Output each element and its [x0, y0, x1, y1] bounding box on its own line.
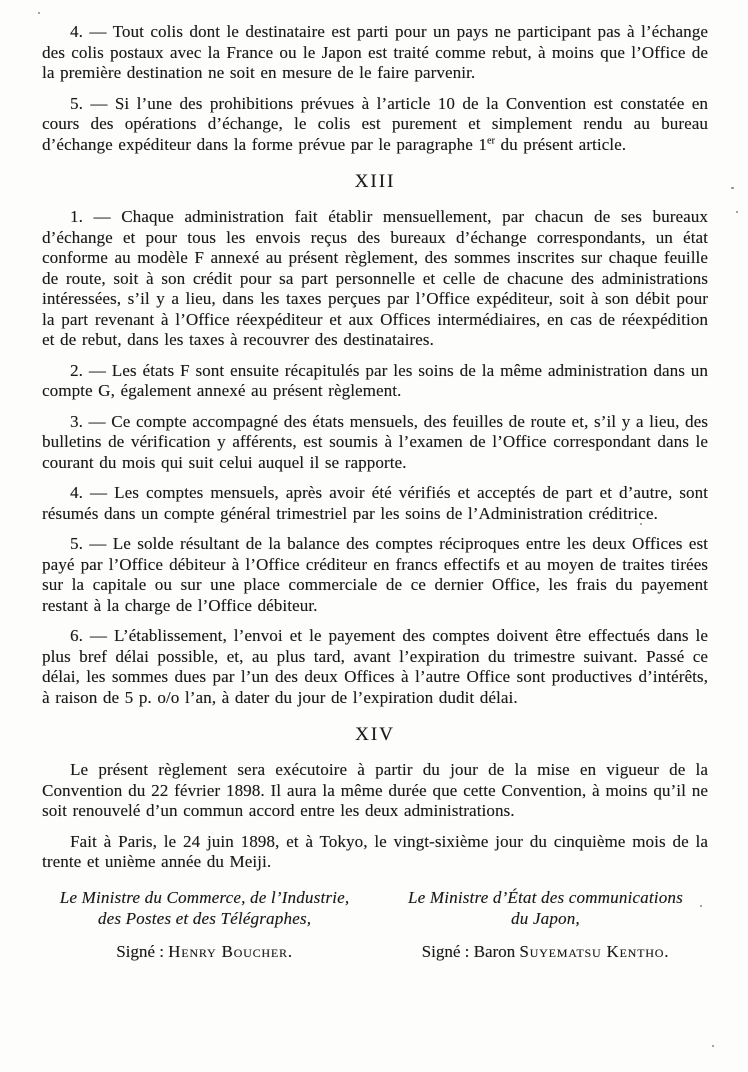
signature-right-title: Le Ministre d’État des communications du…	[385, 887, 706, 929]
signature-left-title: Le Ministre du Commerce, de l’Industrie,…	[44, 887, 365, 929]
scan-speck	[712, 1045, 714, 1047]
signature-right-title-line1: Le Ministre d’État des communications	[385, 887, 706, 908]
paragraph-14-1: Le présent règlement sera exécutoire à p…	[42, 760, 708, 822]
document-content: 4. — Tout colis dont le destinataire est…	[0, 0, 748, 962]
scan-speck	[731, 187, 734, 189]
signature-left-signed: Signé : Henry Boucher.	[44, 942, 365, 962]
signature-left-signed-label: Signé :	[116, 942, 164, 961]
paragraph-13-5: 5. — Le solde résultant de la balance de…	[42, 534, 708, 616]
paragraph-13-4: 4. — Les comptes mensuels, après avoir é…	[42, 483, 708, 524]
paragraph-art12-5-end: du présent article.	[495, 135, 626, 154]
paragraph-13-6: 6. — L’établissement, l’envoi et le paye…	[42, 626, 708, 708]
section-heading-xiv: XIV	[42, 724, 708, 746]
scan-speck	[640, 523, 642, 525]
paragraph-art12-5: 5. — Si l’une des prohibitions prévues à…	[42, 94, 708, 156]
signature-right: Le Ministre d’État des communications du…	[385, 887, 706, 962]
paragraph-13-1: 1. — Chaque administration fait établir …	[42, 207, 708, 351]
signature-left-title-line1: Le Ministre du Commerce, de l’Industrie,	[44, 887, 365, 908]
signature-right-signed-name: Suyematsu Kentho.	[519, 942, 669, 961]
scan-speck	[736, 211, 738, 213]
signature-left: Le Ministre du Commerce, de l’Industrie,…	[44, 887, 365, 962]
scanned-document-page: 4. — Tout colis dont le destinataire est…	[0, 0, 748, 1072]
paragraph-13-3: 3. — Ce compte accompagné des états mens…	[42, 412, 708, 474]
paragraph-art12-4: 4. — Tout colis dont le destinataire est…	[42, 22, 708, 84]
signature-left-title-line2: des Postes et des Télégraphes,	[44, 908, 365, 929]
signature-right-signed: Signé : Baron Suyematsu Kentho.	[385, 942, 706, 962]
signature-right-title-line2: du Japon,	[385, 908, 706, 929]
scan-speck	[700, 905, 702, 907]
superscript-er: er	[487, 135, 495, 146]
scan-speck	[38, 12, 40, 14]
signature-block: Le Ministre du Commerce, de l’Industrie,…	[42, 887, 708, 962]
section-heading-xiii: XIII	[42, 171, 708, 193]
signature-right-signed-label: Signé :	[422, 942, 470, 961]
signature-right-signed-prefix: Baron	[474, 942, 516, 961]
paragraph-14-fait: Fait à Paris, le 24 juin 1898, et à Toky…	[42, 832, 708, 873]
scan-speck	[120, 108, 122, 110]
signature-left-signed-name: Henry Boucher.	[168, 942, 293, 961]
paragraph-13-2: 2. — Les états F sont ensuite récapitulé…	[42, 361, 708, 402]
